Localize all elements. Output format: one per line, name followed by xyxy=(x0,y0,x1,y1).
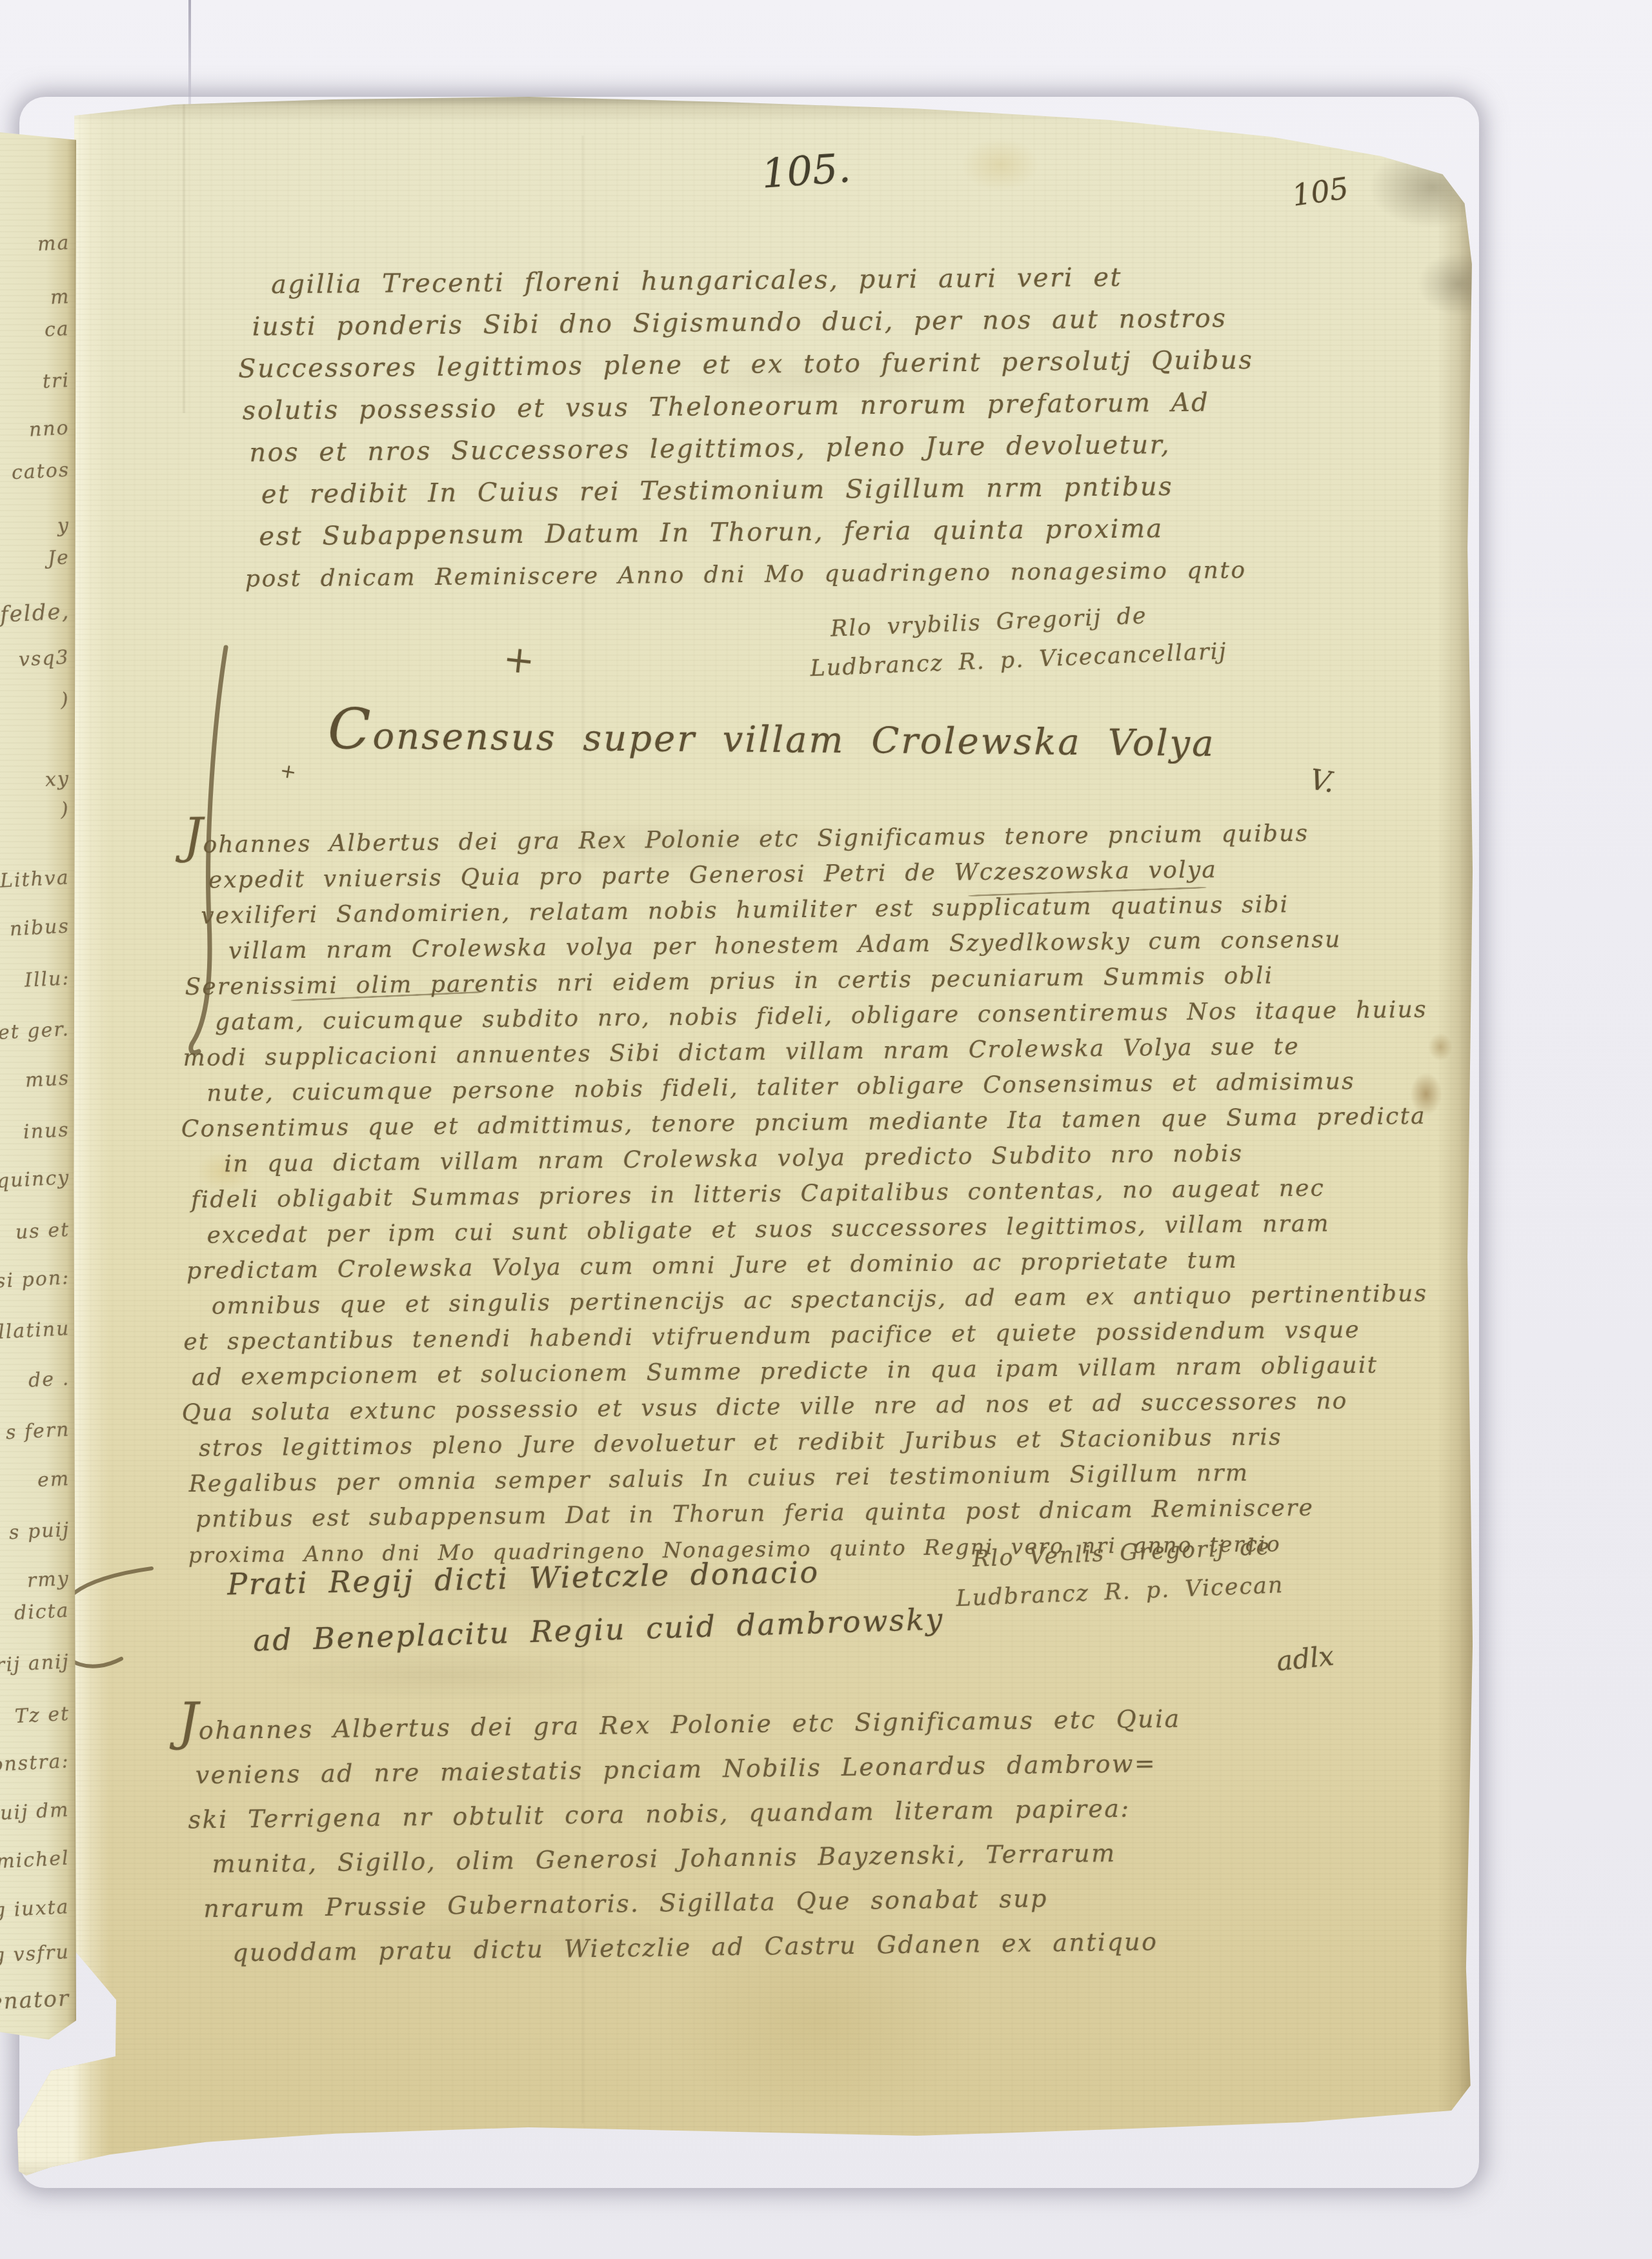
prev-page-text-fragment: em xyxy=(37,1468,70,1492)
entry2-paragraph: Johannes Albertus dei gra Rex Polonie et… xyxy=(191,815,1412,1573)
archival-note: adlx xyxy=(1275,1639,1336,1677)
prev-page-text-fragment: inus xyxy=(23,1119,70,1144)
prev-page-text-fragment: dicta xyxy=(14,1599,70,1625)
prev-page-text-fragment: us et xyxy=(15,1219,70,1244)
prev-page-text-fragment: pallatinu xyxy=(0,1317,70,1345)
previous-page-edge-strip: ma m ca tri nno catos y Je felde, vsq3 )… xyxy=(0,132,76,2040)
prev-page-text-fragment: y xyxy=(57,514,70,538)
prev-page-text-fragment: catos xyxy=(11,459,70,485)
prev-page-text-fragment: Lithva xyxy=(0,866,70,893)
prev-page-text-fragment: rmy xyxy=(26,1567,70,1592)
prev-page-text-fragment: ) xyxy=(60,798,70,822)
entry1-paragraph: agillia Trecenti floreni hungaricales, p… xyxy=(257,255,1369,600)
prev-page-text-fragment: Renator xyxy=(0,1985,70,2016)
prev-page-text-fragment: mus xyxy=(25,1067,70,1092)
manuscript-page: 105. 105 agillia Trecenti floreni hungar… xyxy=(13,97,1478,2188)
prev-page-text-fragment: ) xyxy=(60,689,70,712)
backing-sheet-crease xyxy=(188,0,191,106)
prev-page-text-fragment: rij anij xyxy=(0,1650,70,1677)
prev-page-text-fragment: et ger. xyxy=(0,1018,70,1044)
heading-tick-mark: + xyxy=(278,759,298,784)
prev-page-text-fragment: de . xyxy=(28,1367,70,1392)
prev-page-text-fragment: felde, xyxy=(0,598,70,628)
manuscript-photograph: ma m ca tri nno catos y Je felde, vsq3 )… xyxy=(0,0,1652,2259)
prev-page-text-fragment: Je xyxy=(47,546,70,570)
vertical-crease xyxy=(182,103,186,413)
handwritten-line: post dnicam Reminiscere Anno dni Mo quad… xyxy=(245,548,1370,600)
entry3-paragraph: Johannes Albertus dei gra Rex Polonie et… xyxy=(187,1694,1404,1976)
prev-page-text-fragment: g iuxta xyxy=(0,1896,70,1922)
prev-page-text-fragment: quincy xyxy=(0,1166,70,1193)
prev-page-text-fragment: s puij xyxy=(8,1519,70,1545)
entry1-signature: Rlo vrybilis Gregorij de Ludbrancz R. p.… xyxy=(830,593,1228,687)
prev-page-text-fragment: xy xyxy=(45,767,70,791)
prev-page-text-fragment: si pon: xyxy=(0,1266,70,1293)
prev-page-text-fragment: monstra: xyxy=(0,1750,70,1778)
folio-number-ink: 105. xyxy=(760,144,852,197)
prev-page-text-fragment: ca xyxy=(44,318,70,341)
prev-page-text-fragment: nno xyxy=(28,416,70,441)
prev-page-text-fragment: tri xyxy=(42,369,70,393)
prev-page-text-fragment: Illu: xyxy=(24,967,70,992)
prev-page-text-fragment: m xyxy=(50,285,70,309)
prev-page-text-fragment: vsq3 xyxy=(18,646,70,671)
prev-page-text-fragment: s fern xyxy=(5,1418,70,1444)
prev-page-text-fragment: g vsfru xyxy=(0,1941,70,1967)
prev-page-text-fragment: ma xyxy=(37,232,70,256)
entry2-heading: Consensus super villam Crolewska Volya xyxy=(328,696,1216,769)
entry3-heading-line2: ad Beneplacitu Regiu cuid dambrowsky xyxy=(252,1601,944,1658)
cross-mark: + xyxy=(501,636,537,684)
prev-page-text-fragment: puij dm xyxy=(0,1799,70,1826)
margin-v-mark: V. xyxy=(1307,763,1337,799)
prev-page-text-fragment: nibus xyxy=(9,915,70,941)
prev-page-text-fragment: Tz et xyxy=(14,1703,70,1728)
entry2-signature: Rlo Venlis Gregorij de Ludbrancz R. p. V… xyxy=(972,1527,1285,1617)
folio-number-pencil: 105 xyxy=(1290,170,1351,213)
prev-page-text-fragment: i michel xyxy=(0,1847,70,1874)
